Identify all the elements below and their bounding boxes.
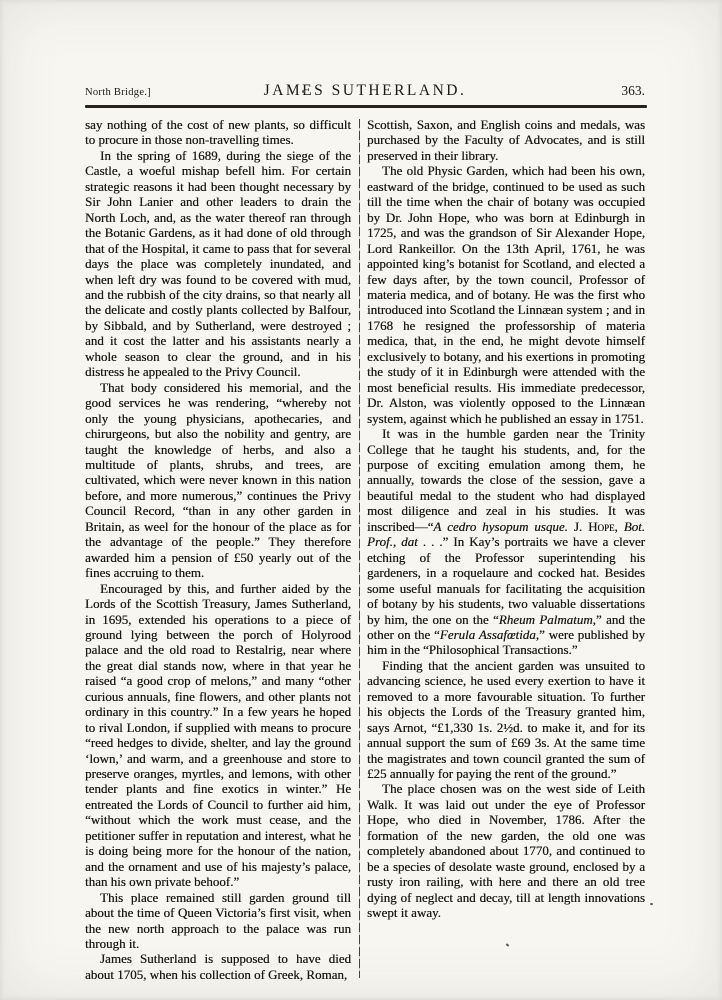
text-block: say nothing of the cost of new plants, s… bbox=[85, 117, 645, 982]
text-run: J. bbox=[568, 519, 588, 534]
text-run: James Sutherland is supposed to have die… bbox=[85, 951, 351, 981]
right-column: Scottish, Saxon, and English coins and m… bbox=[367, 117, 645, 982]
text-run: Scottish, Saxon, and English coins and m… bbox=[367, 117, 645, 163]
paragraph: In the spring of 1689, during the siege … bbox=[85, 148, 351, 380]
paragraph: Encouraged by this, and further aided by… bbox=[85, 581, 351, 890]
text-run: In the spring of 1689, during the siege … bbox=[85, 148, 351, 379]
text-run: The place chosen was on the west side of… bbox=[367, 781, 645, 920]
running-title-left: North Bridge.] bbox=[85, 87, 264, 98]
paragraph: Scottish, Saxon, and English coins and m… bbox=[367, 117, 645, 163]
text-run: It was in the humble garden near the Tri… bbox=[367, 426, 645, 534]
page-title: JAMES SUTHERLAND. bbox=[264, 82, 467, 100]
page-header: North Bridge.] JAMES SUTHERLAND. 363. bbox=[85, 82, 645, 100]
scan-speck bbox=[650, 903, 653, 905]
header-rule bbox=[85, 105, 647, 108]
italic-text: Ferula Assafœtida bbox=[440, 627, 536, 642]
paragraph: That body considered his memorial, and t… bbox=[85, 380, 351, 581]
paragraph: This place remained still garden ground … bbox=[85, 890, 351, 952]
paragraph: It was in the humble garden near the Tri… bbox=[367, 426, 645, 658]
scan-speck bbox=[302, 90, 305, 93]
text-run: Encouraged by this, and further aided by… bbox=[85, 581, 351, 890]
left-column: say nothing of the cost of new plants, s… bbox=[85, 117, 351, 982]
text-run: This place remained still garden ground … bbox=[85, 890, 351, 951]
paragraph: Finding that the ancient garden was unsu… bbox=[367, 658, 645, 782]
italic-text: Rheum Palmatum bbox=[499, 612, 593, 627]
paragraph: The old Physic Garden, which had been hi… bbox=[367, 163, 645, 426]
italic-text: A cedro hysopum usque. bbox=[433, 519, 567, 534]
text-run: , bbox=[615, 519, 624, 534]
paragraph: The place chosen was on the west side of… bbox=[367, 781, 645, 920]
paragraph: James Sutherland is supposed to have die… bbox=[85, 951, 351, 982]
smallcaps-text: Hope bbox=[588, 519, 614, 534]
text-run: say nothing of the cost of new plants, s… bbox=[85, 117, 351, 147]
paragraph: say nothing of the cost of new plants, s… bbox=[85, 117, 351, 148]
text-run: That body considered his memorial, and t… bbox=[85, 380, 351, 580]
page-number: 363. bbox=[466, 83, 645, 99]
book-page: North Bridge.] JAMES SUTHERLAND. 363. sa… bbox=[0, 0, 722, 1000]
text-run: The old Physic Garden, which had been hi… bbox=[367, 163, 645, 425]
text-run: Finding that the ancient garden was unsu… bbox=[367, 658, 645, 781]
column-divider bbox=[359, 119, 360, 978]
